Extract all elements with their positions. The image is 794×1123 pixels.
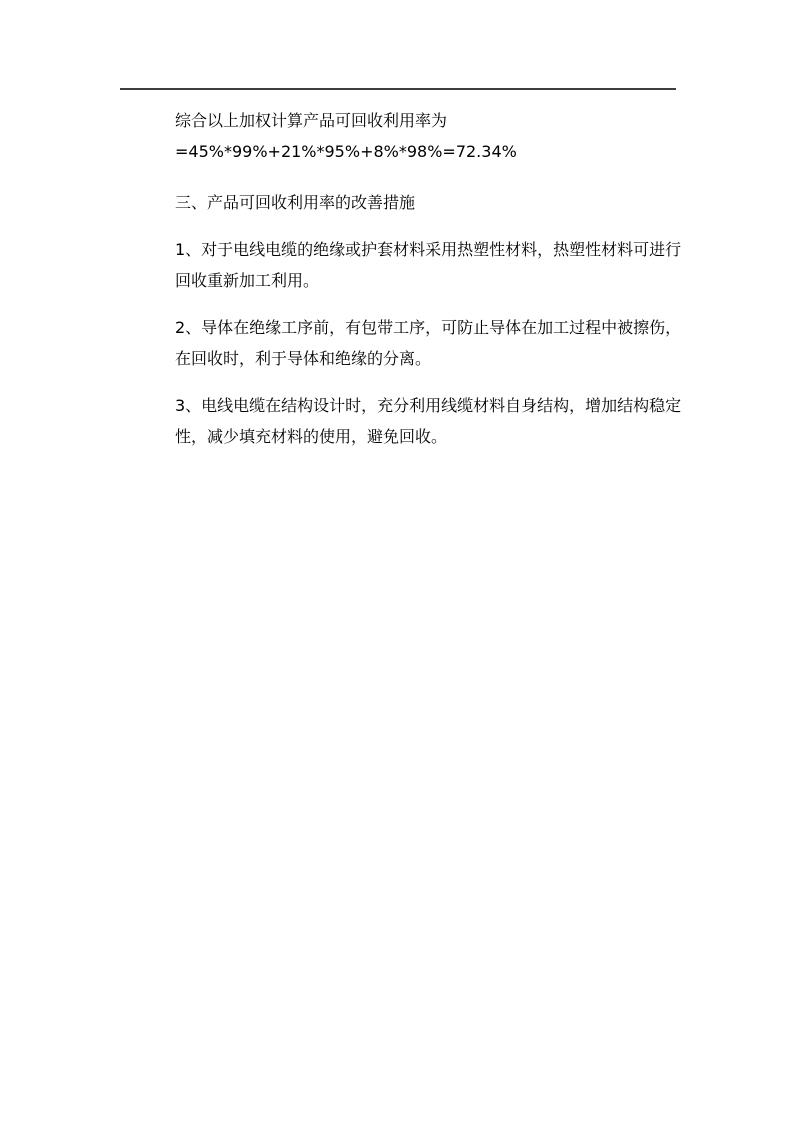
section-heading: 三、产品可回收利用率的改善措施 [175, 187, 687, 218]
document-body: 综合以上加权计算产品可回收利用率为 =45%*99%+21%*95%+8%*98… [175, 105, 687, 452]
formula-line: =45%*99%+21%*95%+8%*98%=72.34% [175, 136, 687, 167]
document-page: 综合以上加权计算产品可回收利用率为 =45%*99%+21%*95%+8%*98… [0, 0, 794, 1123]
intro-paragraph: 综合以上加权计算产品可回收利用率为 =45%*99%+21%*95%+8%*98… [175, 105, 687, 167]
list-item-2: 2、导体在绝缘工序前，有包带工序，可防止导体在加工过程中被擦伤， 在回收时，利于… [175, 312, 687, 374]
text-line: 回收重新加工利用。 [175, 265, 687, 296]
text-line: 1、对于电线电缆的绝缘或护套材料采用热塑性材料，热塑性材料可进行 [175, 234, 687, 265]
text-line: 3、电线电缆在结构设计时，充分利用线缆材料自身结构，增加结构稳定 [175, 390, 687, 421]
list-item-1: 1、对于电线电缆的绝缘或护套材料采用热塑性材料，热塑性材料可进行 回收重新加工利… [175, 234, 687, 296]
list-item-3: 3、电线电缆在结构设计时，充分利用线缆材料自身结构，增加结构稳定 性，减少填充材… [175, 390, 687, 452]
intro-text-line: 综合以上加权计算产品可回收利用率为 [175, 105, 687, 136]
text-line: 性，减少填充材料的使用，避免回收。 [175, 421, 687, 452]
text-line: 2、导体在绝缘工序前，有包带工序，可防止导体在加工过程中被擦伤， [175, 312, 687, 343]
header-rule [120, 88, 676, 90]
text-line: 在回收时，利于导体和绝缘的分离。 [175, 343, 687, 374]
